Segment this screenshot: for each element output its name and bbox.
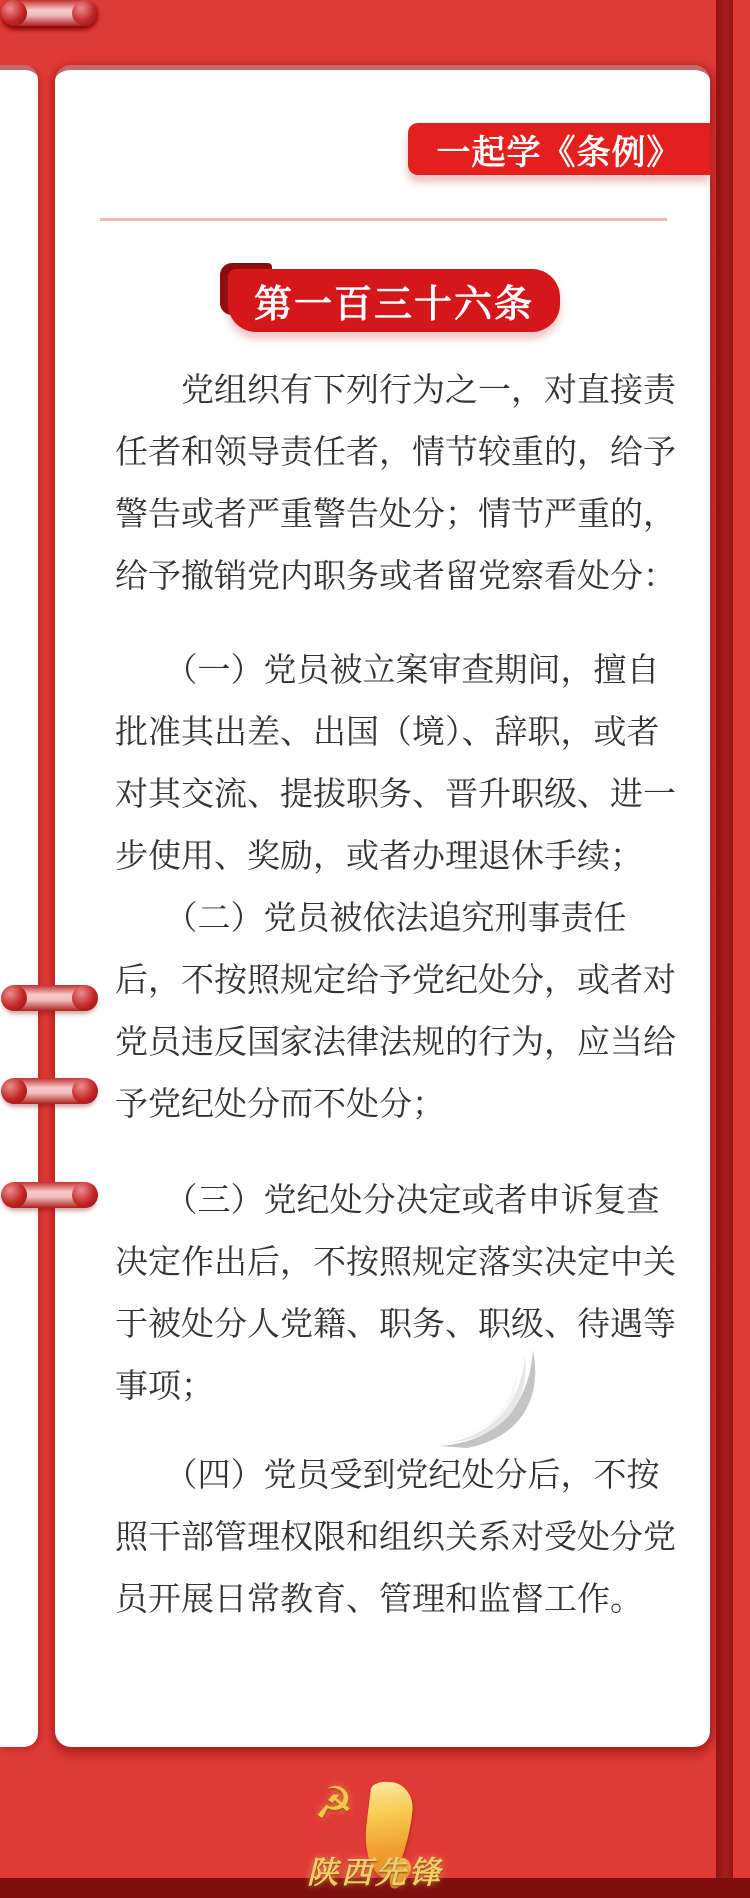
article-number-badge: 第一百三十六条 [228,269,560,332]
right-edge-strip [716,0,733,1898]
binding-ring [2,1182,97,1208]
notebook-page: 一起学《条例》 第一百三十六条 党组织有下列行为之一，对直接责 任者和领导责任者… [55,65,710,1747]
shaanxi-pioneer-logo: ☭ 陕西先锋 [290,1778,460,1892]
binding-ring [2,1078,97,1104]
learn-regulations-banner: 一起学《条例》 [408,123,710,175]
binding-ring [2,0,97,26]
article-body: 党组织有下列行为之一，对直接责 任者和领导责任者，情节较重的，给予 警告或者严重… [115,359,685,1630]
binding-ring [2,985,97,1011]
banner-label: 一起学《条例》 [437,125,682,174]
pink-divider [100,218,667,221]
back-page-edge [0,65,38,1747]
article-number-label: 第一百三十六条 [254,273,534,328]
poster-canvas: 一起学《条例》 第一百三十六条 党组织有下列行为之一，对直接责 任者和领导责任者… [0,0,750,1898]
paragraph-item-4: （四）党员受到党纪处分后，不按 照干部管理权限和组织关系对受处分党 员开展日常教… [115,1444,685,1630]
paragraph-item-1: （一）党员被立案审查期间，擅自 批准其出差、出国（境）、辞职，或者 对其交流、提… [115,639,685,887]
page-curl-icon [425,1330,545,1450]
paragraph-item-2: （二）党员被依法追究刑事责任 后，不按照规定给予党纪处分，或者对 党员违反国家法… [115,887,685,1135]
paragraph-intro: 党组织有下列行为之一，对直接责 任者和领导责任者，情节较重的，给予 警告或者严重… [115,359,685,607]
paragraph-item-3: （三）党纪处分决定或者申诉复查 决定作出后，不按照规定落实决定中关 于被处分人党… [115,1169,685,1417]
logo-text: 陕西先锋 [290,1847,460,1892]
hammer-and-sickle-icon: ☭ [314,1782,353,1826]
